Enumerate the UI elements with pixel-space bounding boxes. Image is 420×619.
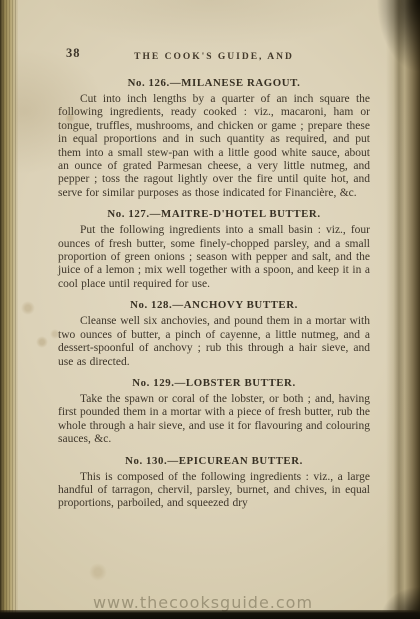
- page-number: 38: [66, 46, 81, 61]
- recipe-section-anchovy-butter: No. 128.—ANCHOVY BUTTER. Cleanse well si…: [58, 299, 370, 369]
- recipe-heading: No. 130.—EPICUREAN BUTTER.: [58, 455, 370, 467]
- recipe-body: Cleanse well six anchovies, and pound th…: [58, 315, 370, 369]
- watermark-text: www.thecooksguide.com: [0, 593, 406, 612]
- recipe-body: Put the following ingredients into a sma…: [58, 224, 370, 291]
- recipe-body: Take the spawn or coral of the lobster, …: [58, 393, 370, 447]
- recipe-heading: No. 129.—LOBSTER BUTTER.: [58, 377, 370, 389]
- recipe-section-maitre-dhotel-butter: No. 127.—MAITRE-D'HOTEL BUTTER. Put the …: [58, 208, 370, 291]
- recipe-section-lobster-butter: No. 129.—LOBSTER BUTTER. Take the spawn …: [58, 377, 370, 447]
- scanned-book-page: 38 THE COOK'S GUIDE, AND No. 126.—MILANE…: [0, 0, 420, 619]
- recipe-heading: No. 128.—ANCHOVY BUTTER.: [58, 299, 370, 311]
- recipe-section-epicurean-butter: No. 130.—EPICUREAN BUTTER. This is compo…: [58, 455, 370, 511]
- recipe-heading: No. 126.—MILANESE RAGOUT.: [58, 77, 370, 89]
- running-title: THE COOK'S GUIDE, AND: [134, 52, 294, 62]
- page-body: 38 THE COOK'S GUIDE, AND No. 126.—MILANE…: [0, 0, 420, 619]
- recipe-body: Cut into inch lengths by a quarter of an…: [58, 93, 370, 200]
- recipe-section-milanese-ragout: No. 126.—MILANESE RAGOUT. Cut into inch …: [58, 77, 370, 200]
- page-header: 38 THE COOK'S GUIDE, AND: [58, 46, 370, 61]
- recipe-heading: No. 127.—MAITRE-D'HOTEL BUTTER.: [58, 208, 370, 220]
- recipe-body: This is composed of the following ingred…: [58, 471, 370, 511]
